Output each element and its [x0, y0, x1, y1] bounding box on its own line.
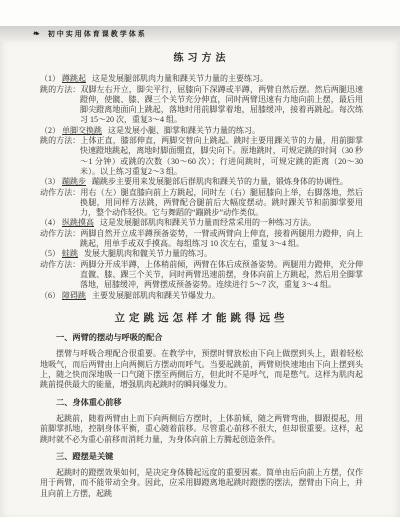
- item-first-line: （2）单脚交换跳这是发展小腿、脚掌和踝关节力量的练习。: [40, 126, 363, 136]
- item-intro: 蹦跳步主要用来发展腿部后群肌肉和踝关节的力量，锻炼身体的协调性。: [92, 177, 348, 186]
- item-method: 动作方法：两脚分开成半蹲，上体稍前倾，两臂在体后成预备姿势。两腿用力蹬伸，充分伸…: [40, 260, 363, 291]
- item-method: 动作方法：用右（左）腿直膝向前上方跳起，同时左（右）腿屈膝向上举，右脚落地，然后…: [40, 188, 363, 219]
- method-label: 动作方法：: [40, 188, 80, 197]
- item-intro: 主要发展腿部肌肉和踝关节爆发力。: [92, 291, 220, 300]
- article-subsection: 三、蹬摆是关键 起跳时的蹬摆效果如何，是决定身体腾起远度的重要因素。简单由后向前…: [40, 452, 363, 499]
- exercise-item: （1）蹲跳起这是发展腿部肌肉力量和踝关节力量的主要练习。 跳的方法：双脚左右开立…: [40, 74, 363, 125]
- subsection-paragraph: 起跳时的蹬摆效果如何，是决定身体腾起远度的重要因素。简单由后向前上方摆，仅作用于…: [40, 468, 363, 499]
- item-method: 跳的方法：双脚左右开立，脚尖平行，屈膝向下深蹲或半蹲，两臂自然后摆。然后两腿迅速…: [40, 85, 363, 126]
- item-number: （3）: [40, 177, 60, 186]
- item-intro: 发展大腿肌肉和髋关节力量的练习。: [84, 249, 212, 258]
- method-text: 双脚左右开立，脚尖平行，屈膝向下深蹲或半蹲，两臂自然后摆。然后两腿迅速蹬伸，使髋…: [80, 85, 363, 125]
- item-name: 纵跳摸高: [62, 218, 94, 227]
- page-content: 练习方法 （1）蹲跳起这是发展腿部肌肉力量和踝关节力量的主要练习。 跳的方法：双…: [40, 41, 363, 499]
- subsection-heading: 三、蹬摆是关键: [40, 452, 363, 462]
- exercise-item: （6）障碍跳主要发展腿部肌肉和踝关节爆发力。: [40, 291, 363, 301]
- item-number: （5）: [40, 249, 60, 258]
- item-number: （2）: [40, 126, 60, 135]
- item-method: 跳的方法：上体正直，膝部伸直，两脚交替向上跳起。跳时主要用踝关节的力量，用前脚掌…: [40, 136, 363, 177]
- exercise-item: （5）蛙跳发展大腿肌肉和髋关节力量的练习。 动作方法：两脚分开成半蹲，上体稍前倾…: [40, 249, 363, 290]
- exercise-item: （3）蹦跳步蹦跳步主要用来发展腿部后群肌肉和踝关节的力量，锻炼身体的协调性。 动…: [40, 177, 363, 218]
- item-name: 蹦跳步: [62, 177, 86, 186]
- method-label: 跳的方法：: [40, 85, 80, 94]
- item-number: （4）: [40, 218, 60, 227]
- header-title: 初中实用体育课教学体系: [48, 29, 147, 39]
- item-first-line: （3）蹦跳步蹦跳步主要用来发展腿部后群肌肉和踝关节的力量，锻炼身体的协调性。: [40, 177, 363, 187]
- item-intro: 这是发展腿部肌肉和踝关节力量而经常采用的一种练习方法。: [100, 218, 316, 227]
- ornament-icon: ❧: [33, 30, 40, 38]
- item-name: 障碍跳: [62, 291, 86, 300]
- article-subsection: 一、两臂的摆动与呼吸的配合 摆臂与呼吸合理配合很重要。在教学中，预摆时臂放松由下…: [40, 333, 363, 390]
- method-text: 两脚自然开立成半蹲预备姿势，一臂或两臂向上伸直，接着两腿用力蹬伸，向上跳起，用单…: [80, 229, 363, 248]
- subsection-paragraph: 摆臂与呼吸合理配合很重要。在教学中，预摆时臂放松由下向上做摆到头上，跟着轻松地吸…: [40, 349, 363, 390]
- item-intro: 这是发展小腿、脚掌和踝关节力量的练习。: [108, 126, 260, 135]
- method-text: 用右（左）腿直膝向前上方跳起，同时左（右）腿屈膝向上举，右脚落地，然后换腿，用同…: [80, 188, 363, 218]
- item-first-line: （6）障碍跳主要发展腿部肌肉和踝关节爆发力。: [40, 291, 363, 301]
- item-method: 动作方法：两脚自然开立成半蹲预备姿势，一臂或两臂向上伸直，接着两腿用力蹬伸，向上…: [40, 229, 363, 250]
- item-name: 单脚交换跳: [62, 126, 102, 135]
- article-subsection: 二、身体重心前移 起跳前，随着两臂由上而下向两侧后方摆时，上体前倾，随之两臂弯曲…: [40, 398, 363, 445]
- exercise-item: （4）纵跳摸高这是发展腿部肌肉和踝关节力量而经常采用的一种练习方法。 动作方法：…: [40, 218, 363, 249]
- page-header: ❧ 初中实用体育课教学体系: [33, 28, 147, 40]
- item-name: 蛙跳: [62, 249, 78, 258]
- item-first-line: （1）蹲跳起这是发展腿部肌肉力量和踝关节力量的主要练习。: [40, 74, 363, 84]
- method-label: 动作方法：: [40, 260, 80, 269]
- subsection-paragraph: 起跳前，随着两臂由上而下向两侧后方摆时，上体前倾，随之两臂弯曲，脚跟提起，用前脚…: [40, 414, 363, 445]
- item-number: （1）: [40, 74, 60, 83]
- article-title: 立定跳远怎样才能跳得远些: [40, 314, 363, 324]
- item-number: （6）: [40, 291, 60, 300]
- method-label: 跳的方法：: [40, 136, 80, 145]
- subsection-heading: 一、两臂的摆动与呼吸的配合: [40, 333, 363, 343]
- method-text: 两脚分开成半蹲，上体稍前倾，两臂在体后成预备姿势。两腿用力蹬伸，充分伸直髋、膝、…: [80, 260, 363, 290]
- method-label: 动作方法：: [40, 229, 80, 238]
- exercise-item: （2）单脚交换跳这是发展小腿、脚掌和踝关节力量的练习。 跳的方法：上体正直，膝部…: [40, 126, 363, 177]
- subsection-heading: 二、身体重心前移: [40, 398, 363, 408]
- method-text: 上体正直，膝部伸直，两脚交替向上跳起。跳时主要用踝关节的力量，用前脚掌快速蹬地跳…: [80, 136, 363, 176]
- item-first-line: （4）纵跳摸高这是发展腿部肌肉和踝关节力量而经常采用的一种练习方法。: [40, 218, 363, 228]
- item-intro: 这是发展腿部肌肉力量和踝关节力量的主要练习。: [92, 74, 268, 83]
- section-title: 练习方法: [40, 54, 363, 64]
- item-name: 蹲跳起: [62, 74, 86, 83]
- item-first-line: （5）蛙跳发展大腿肌肉和髋关节力量的练习。: [40, 249, 363, 259]
